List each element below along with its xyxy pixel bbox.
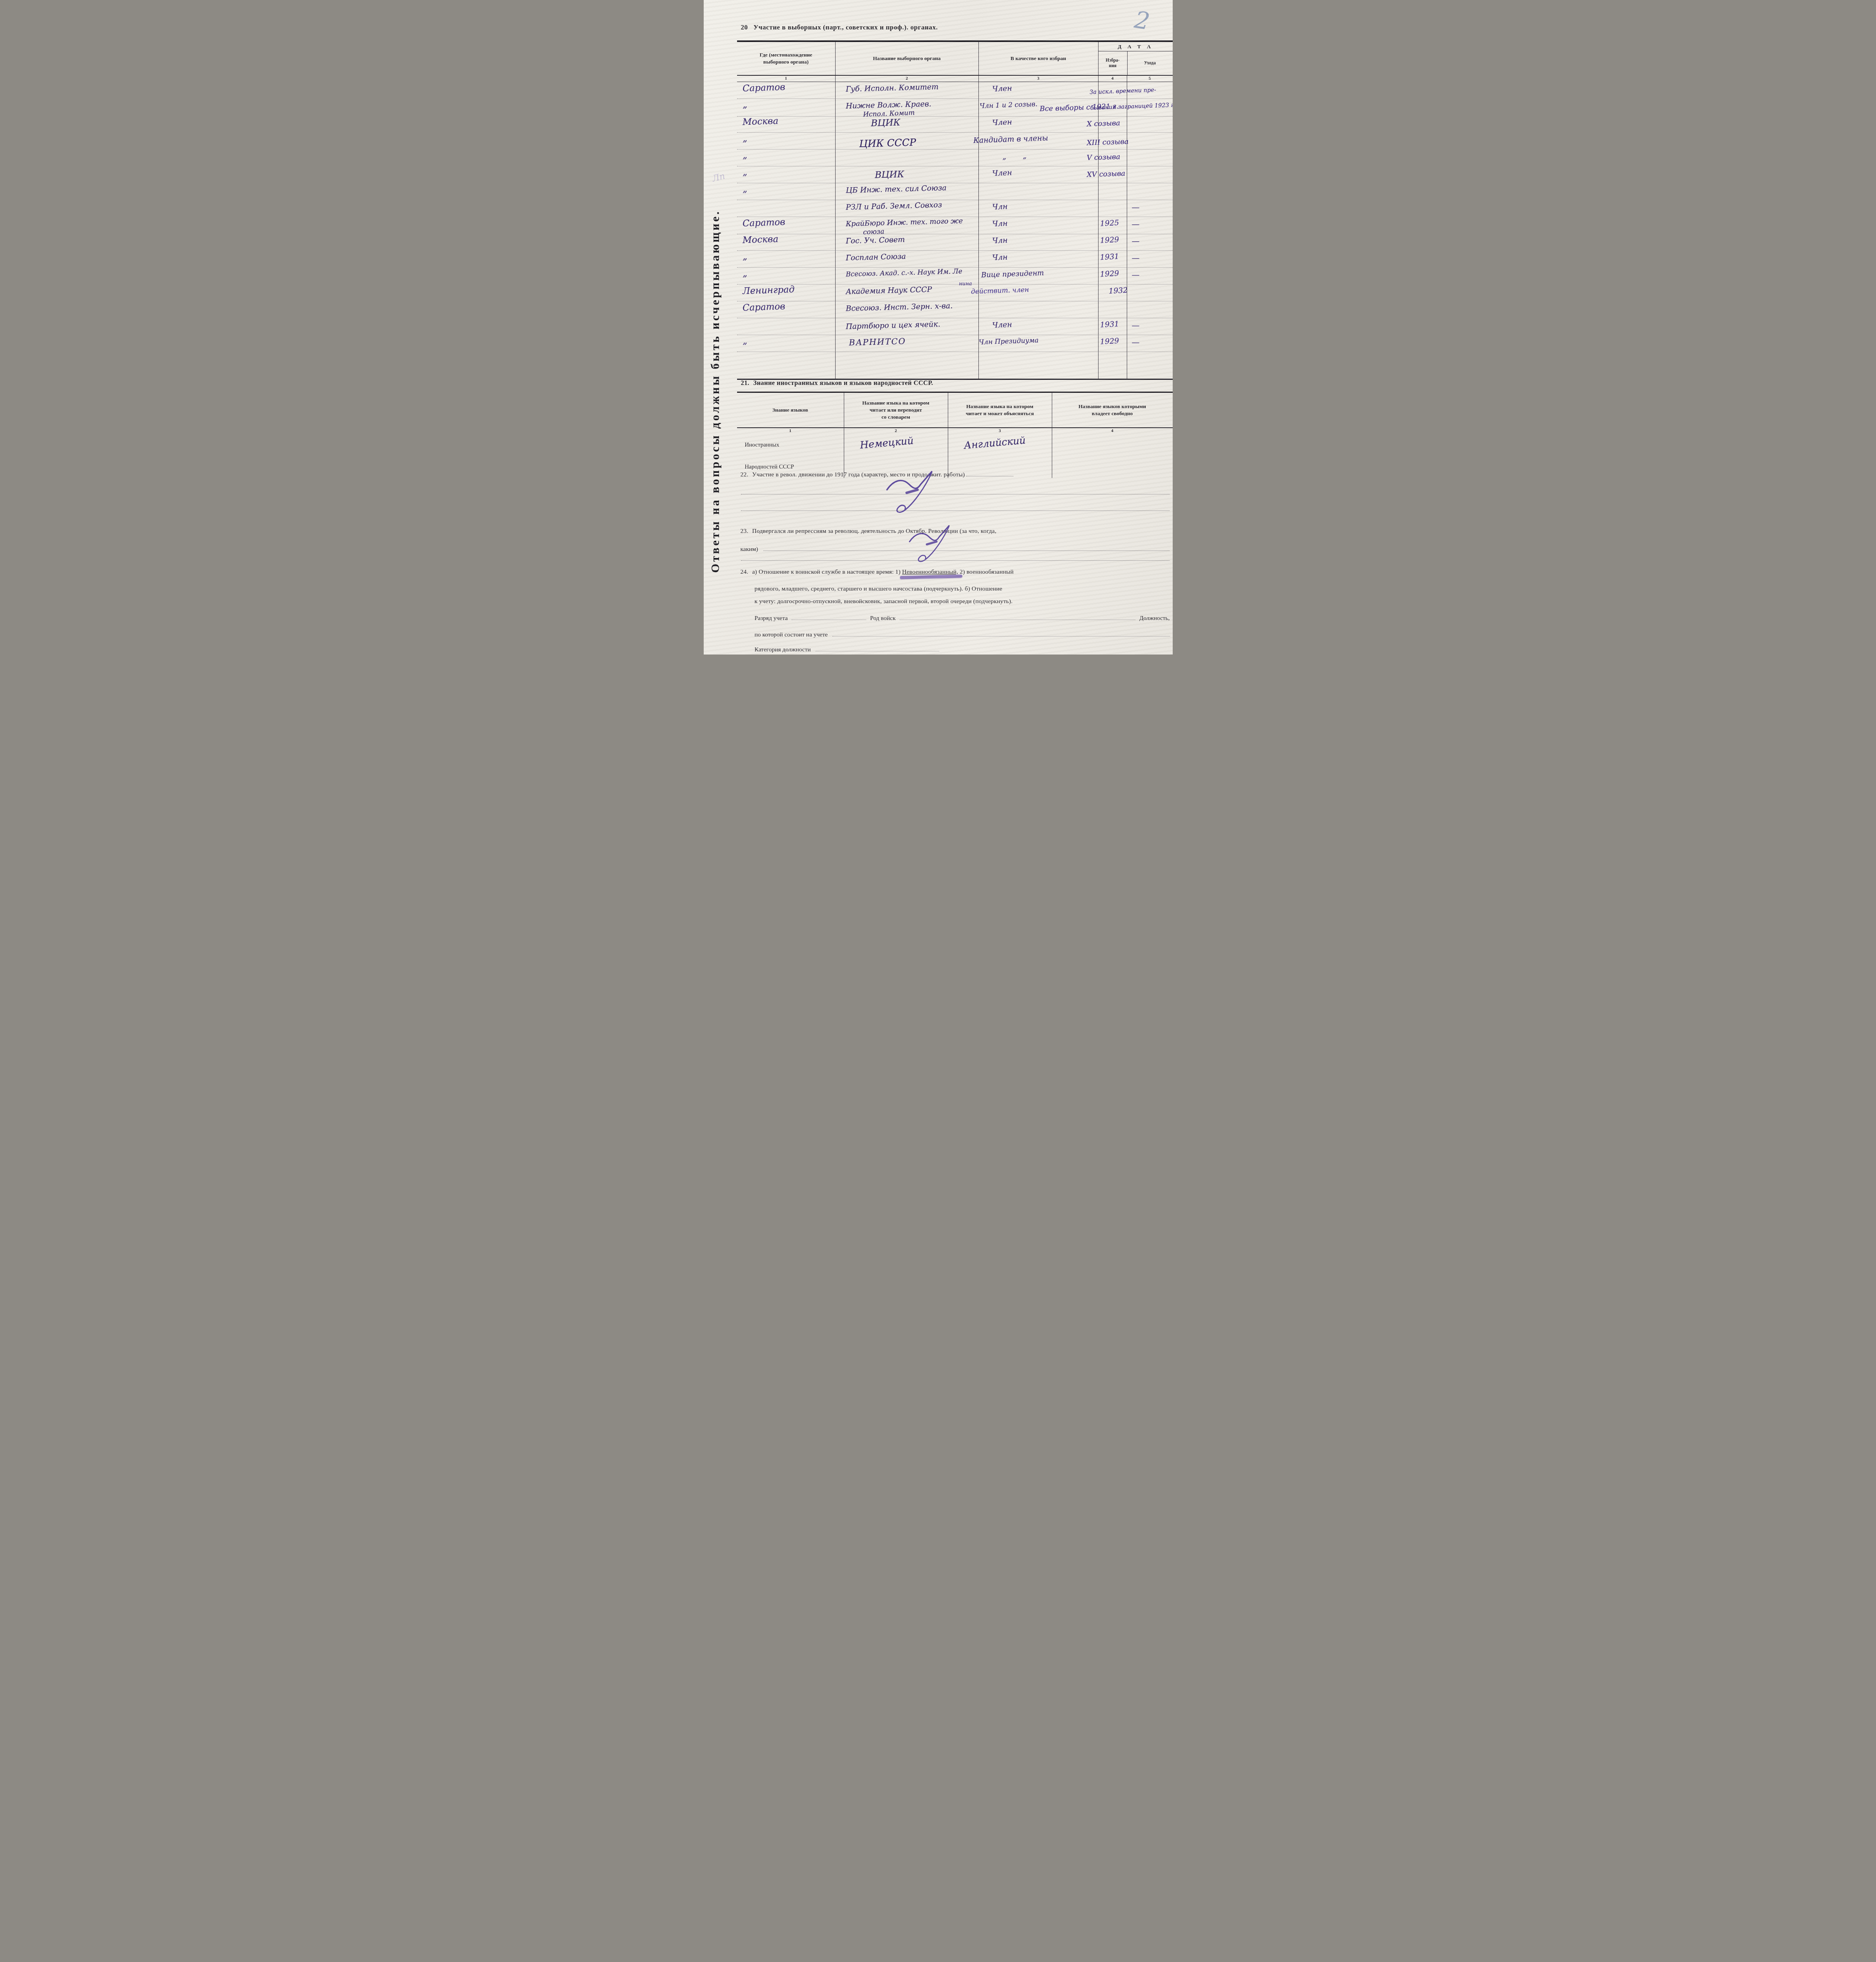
col-number: 5 xyxy=(1127,76,1173,82)
answer-line xyxy=(741,494,1170,494)
handwritten-strikethrough-flourish xyxy=(900,525,963,566)
entry-role: Члн Президиума xyxy=(978,336,1038,346)
entry-role: Член xyxy=(992,84,1012,93)
col-header-as-whom: В качестве кого избран xyxy=(978,42,1098,75)
col-header-date: Д А Т А Избра- ния Ухода xyxy=(1098,42,1173,75)
entry-organ xyxy=(846,150,978,153)
table-row: РЗЛ и Раб. Земл. Совхоз Члн — xyxy=(737,200,1173,217)
entry-organ: ЦБ Инж. тех. сил Союза xyxy=(845,184,978,195)
section21-table: Знание языков Название языка на котором … xyxy=(737,392,1173,478)
scanned-questionnaire-page: Ответы на вопросы должны быть исчерпываю… xyxy=(704,0,1173,655)
section21-number: 21. xyxy=(741,379,750,387)
col-number: 1 xyxy=(737,428,844,434)
entry-role: Члн xyxy=(992,202,1007,211)
entry-place: Саратов xyxy=(742,82,785,94)
entry-organ: Гос. Уч. Совет xyxy=(845,234,978,245)
entry-role: Члн xyxy=(992,253,1007,262)
section21-table-header: Знание языков Название языка на котором … xyxy=(737,392,1173,428)
table-row: Саратов КрайБюро Инж. тех. того же союза… xyxy=(737,217,1173,234)
entry-date-left: — xyxy=(1132,236,1140,246)
entry-place: Саратов xyxy=(742,301,785,313)
section24-line1a: а) Отношение к воинской службе в настоящ… xyxy=(752,569,900,575)
entry-organ: Всесоюз. Акад. с.-х. Наук Им. Ле xyxy=(845,268,978,278)
section24-underlined-option: Невоеннообязанный, xyxy=(902,569,958,575)
entry-date-left: — xyxy=(1132,321,1140,330)
field-razryad-label: Разряд учета xyxy=(755,615,788,622)
section21-heading: 21.Знание иностранных языков и языков на… xyxy=(741,379,933,387)
col-number: 2 xyxy=(844,428,948,434)
entry-date-elected: 1931 xyxy=(1100,252,1119,262)
entry-date-left: — xyxy=(1132,219,1140,229)
section20-heading: 20Участие в выборных (парт., советских и… xyxy=(741,24,938,31)
entry-role: Члн xyxy=(992,219,1007,228)
section24-number: 24. xyxy=(741,569,748,575)
language-row-label: Иностранных xyxy=(737,434,844,449)
section21-column-numbers: 1 2 3 4 xyxy=(737,428,1173,434)
section22: 22.Участие в револ. движении до 1917 год… xyxy=(741,471,1170,478)
language-read-explain: Английский xyxy=(964,434,1026,451)
col-header-read-explain: Название языка на котором читает и может… xyxy=(948,393,1052,427)
entry-organ: Госплан Союза xyxy=(845,251,978,262)
entry-date-left: — xyxy=(1132,270,1140,279)
section24-line3: к учету: долгосрочно-отпускной, вневойск… xyxy=(755,598,1171,605)
table-row: Партбюро и цех ячейк. Член 1931 — xyxy=(737,318,1173,335)
table-row: Ленинград Академия Наук СССР нина действ… xyxy=(737,284,1173,301)
entry-date-left: — xyxy=(1132,337,1140,347)
table-row: Саратов Всесоюз. Инст. Зерн. х-ва. xyxy=(737,301,1173,318)
page-number-pencil: 2 xyxy=(1132,6,1152,35)
col-number: 4 xyxy=(1098,76,1127,82)
section23-text2: каким) xyxy=(741,546,758,553)
entry-date-elected: 1931 xyxy=(1100,320,1119,330)
entry-date-left: — xyxy=(1132,202,1140,212)
entry-place: „ xyxy=(742,252,747,262)
col-header-organ: Название выборного органа xyxy=(835,42,978,75)
handwritten-strikethrough-flourish xyxy=(878,471,945,517)
entry-date-left: — xyxy=(1132,253,1140,263)
entry-role: Член xyxy=(992,168,1012,178)
entry-role: действит. член xyxy=(971,286,1029,295)
language-row: Иностранных Немецкий Английский xyxy=(737,434,1173,456)
entry-date-elected: 1925 xyxy=(1100,219,1119,228)
table-row: „ ЦИК СССР Кандидат в члены XIII созыва xyxy=(737,133,1173,150)
col-number: 4 xyxy=(1052,428,1173,434)
section24-line1: 24.а) Отношение к воинской службе в наст… xyxy=(741,568,1170,576)
entry-organ: ЦИК СССР xyxy=(859,136,978,149)
col-number: 3 xyxy=(978,76,1098,82)
language-row-label: Народностей СССР xyxy=(737,456,844,470)
entry-place: „ xyxy=(742,336,747,346)
entry-organ: ВЦИК xyxy=(870,116,978,128)
entry-organ: ВАРНИТСО xyxy=(849,336,978,347)
col-header-left: Ухода xyxy=(1127,51,1173,75)
entry-organ: Академия Наук СССР xyxy=(845,285,978,296)
entry-organ: РЗЛ и Раб. Земл. Совхоз xyxy=(845,201,978,212)
col-header-read-translate: Название языка на котором читает или пер… xyxy=(844,393,948,427)
answer-blank xyxy=(763,543,1169,551)
entry-place: „ xyxy=(742,100,747,110)
field-uchet-label: по которой состоит на учете xyxy=(755,631,828,638)
entry-date-elected: 1932 xyxy=(1108,286,1128,296)
entry-organ: Всесоюз. Инст. Зерн. х-ва. xyxy=(845,302,978,313)
entry-place: „ xyxy=(742,150,747,160)
entry-place: „ xyxy=(742,268,747,279)
entry-place: Саратов xyxy=(742,217,785,229)
section24-line2: рядового, младшего, среднего, старшего и… xyxy=(755,585,1171,593)
section21-title: Знание иностранных языков и языков народ… xyxy=(753,379,933,387)
section24-uchet-line: по которой состоит на учете xyxy=(755,629,1170,638)
table-row: „ ВЦИК Член XV созыва xyxy=(737,166,1173,183)
entry-place: Москва xyxy=(742,116,778,127)
entry-date-elected: 1929 xyxy=(1100,337,1119,346)
col-header-elected: Избра- ния xyxy=(1099,51,1127,75)
entry-role: Член xyxy=(992,118,1012,127)
col-number: 1 xyxy=(737,76,835,82)
table-row: „ ЦБ Инж. тех. сил Союза xyxy=(737,183,1173,200)
col-header-know-languages: Знание языков xyxy=(737,393,844,427)
entry-role: Члн 1 и 2 созыв. xyxy=(979,100,1037,110)
section20-column-numbers: 1 2 3 4 5 xyxy=(737,76,1173,82)
table-row: „ Госплан Союза Члн 1931 — xyxy=(737,251,1173,268)
date-label: Д А Т А xyxy=(1099,42,1173,51)
table-row: „ „ „ V созыва xyxy=(737,150,1173,166)
field-razryad-blank xyxy=(792,612,866,620)
section22-number: 22. xyxy=(741,471,748,478)
section20-empty-rows xyxy=(737,352,1173,380)
field-rod-voysk-blank xyxy=(900,612,1135,620)
field-kategoria-blank xyxy=(816,644,939,651)
section23-number: 23. xyxy=(741,528,748,534)
table-row: „ ВАРНИТСО Члн Президиума 1929 — xyxy=(737,335,1173,352)
table-row: Саратов Губ. Исполн. Комитет Член За иск… xyxy=(737,82,1173,99)
entry-organ-superscript: нина xyxy=(959,281,972,287)
section20-table-header: Где (местонахождение выборного органа) Н… xyxy=(737,40,1173,76)
table-row: „ Всесоюз. Акад. с.-х. Наук Им. Ле Вице … xyxy=(737,268,1173,284)
col-number: 3 xyxy=(948,428,1052,434)
entry-place: „ xyxy=(742,184,747,194)
col-number: 2 xyxy=(835,76,978,82)
entry-place: Ленинград xyxy=(742,284,794,297)
table-row: Москва Гос. Уч. Совет Члн 1929 — xyxy=(737,234,1173,251)
entry-role: Член xyxy=(992,320,1012,330)
entry-role: Кандидат в члены xyxy=(973,134,1048,145)
section20-title: Участие в выборных (парт., советских и п… xyxy=(754,24,938,31)
entry-date-elected: 1929 xyxy=(1100,269,1119,279)
answer-line xyxy=(741,511,1170,511)
entry-place: Москва xyxy=(742,234,778,245)
entry-role: Вице президент xyxy=(981,269,1044,279)
answer-blank xyxy=(966,476,1013,476)
entry-place: „ xyxy=(742,167,747,177)
field-dolzhnost-label: Должность, xyxy=(1139,615,1170,622)
section20-number: 20 xyxy=(741,24,748,31)
margin-vertical-note: Ответы на вопросы должны быть исчерпываю… xyxy=(709,142,726,640)
section24-line1b: 2) военнообязанный xyxy=(960,569,1013,575)
entry-role: Члн xyxy=(992,236,1007,245)
section24-fields-row: Разряд учета Род войск Должность, xyxy=(755,612,1170,622)
entry-date-elected: 1929 xyxy=(1100,235,1119,245)
field-uchet-blank xyxy=(832,629,1170,636)
col-header-where: Где (местонахождение выборного органа) xyxy=(737,42,835,75)
entry-organ-line2 xyxy=(863,150,978,153)
entry-place: „ xyxy=(742,133,747,144)
entry-organ: Партбюро и цех ячейк. xyxy=(845,320,978,331)
section20-table-body: Саратов Губ. Исполн. Комитет Член За иск… xyxy=(737,82,1173,352)
entry-organ: ВЦИК xyxy=(874,168,978,180)
table-row: Москва ВЦИК Член X созыва xyxy=(737,116,1173,133)
language-read-translate: Немецкий xyxy=(859,435,914,451)
field-kategoria-label: Категория должности xyxy=(755,646,811,653)
entry-role: „ „ xyxy=(1002,151,1033,161)
col-header-fluent: Название языков которыми владеет свободн… xyxy=(1052,393,1173,427)
section20-table: Где (местонахождение выборного органа) Н… xyxy=(737,40,1173,380)
section24-kategoria-line: Категория должности xyxy=(755,644,939,653)
field-rod-voysk-label: Род войск xyxy=(870,615,896,622)
entry-organ: Губ. Исполн. Комитет xyxy=(845,82,978,93)
